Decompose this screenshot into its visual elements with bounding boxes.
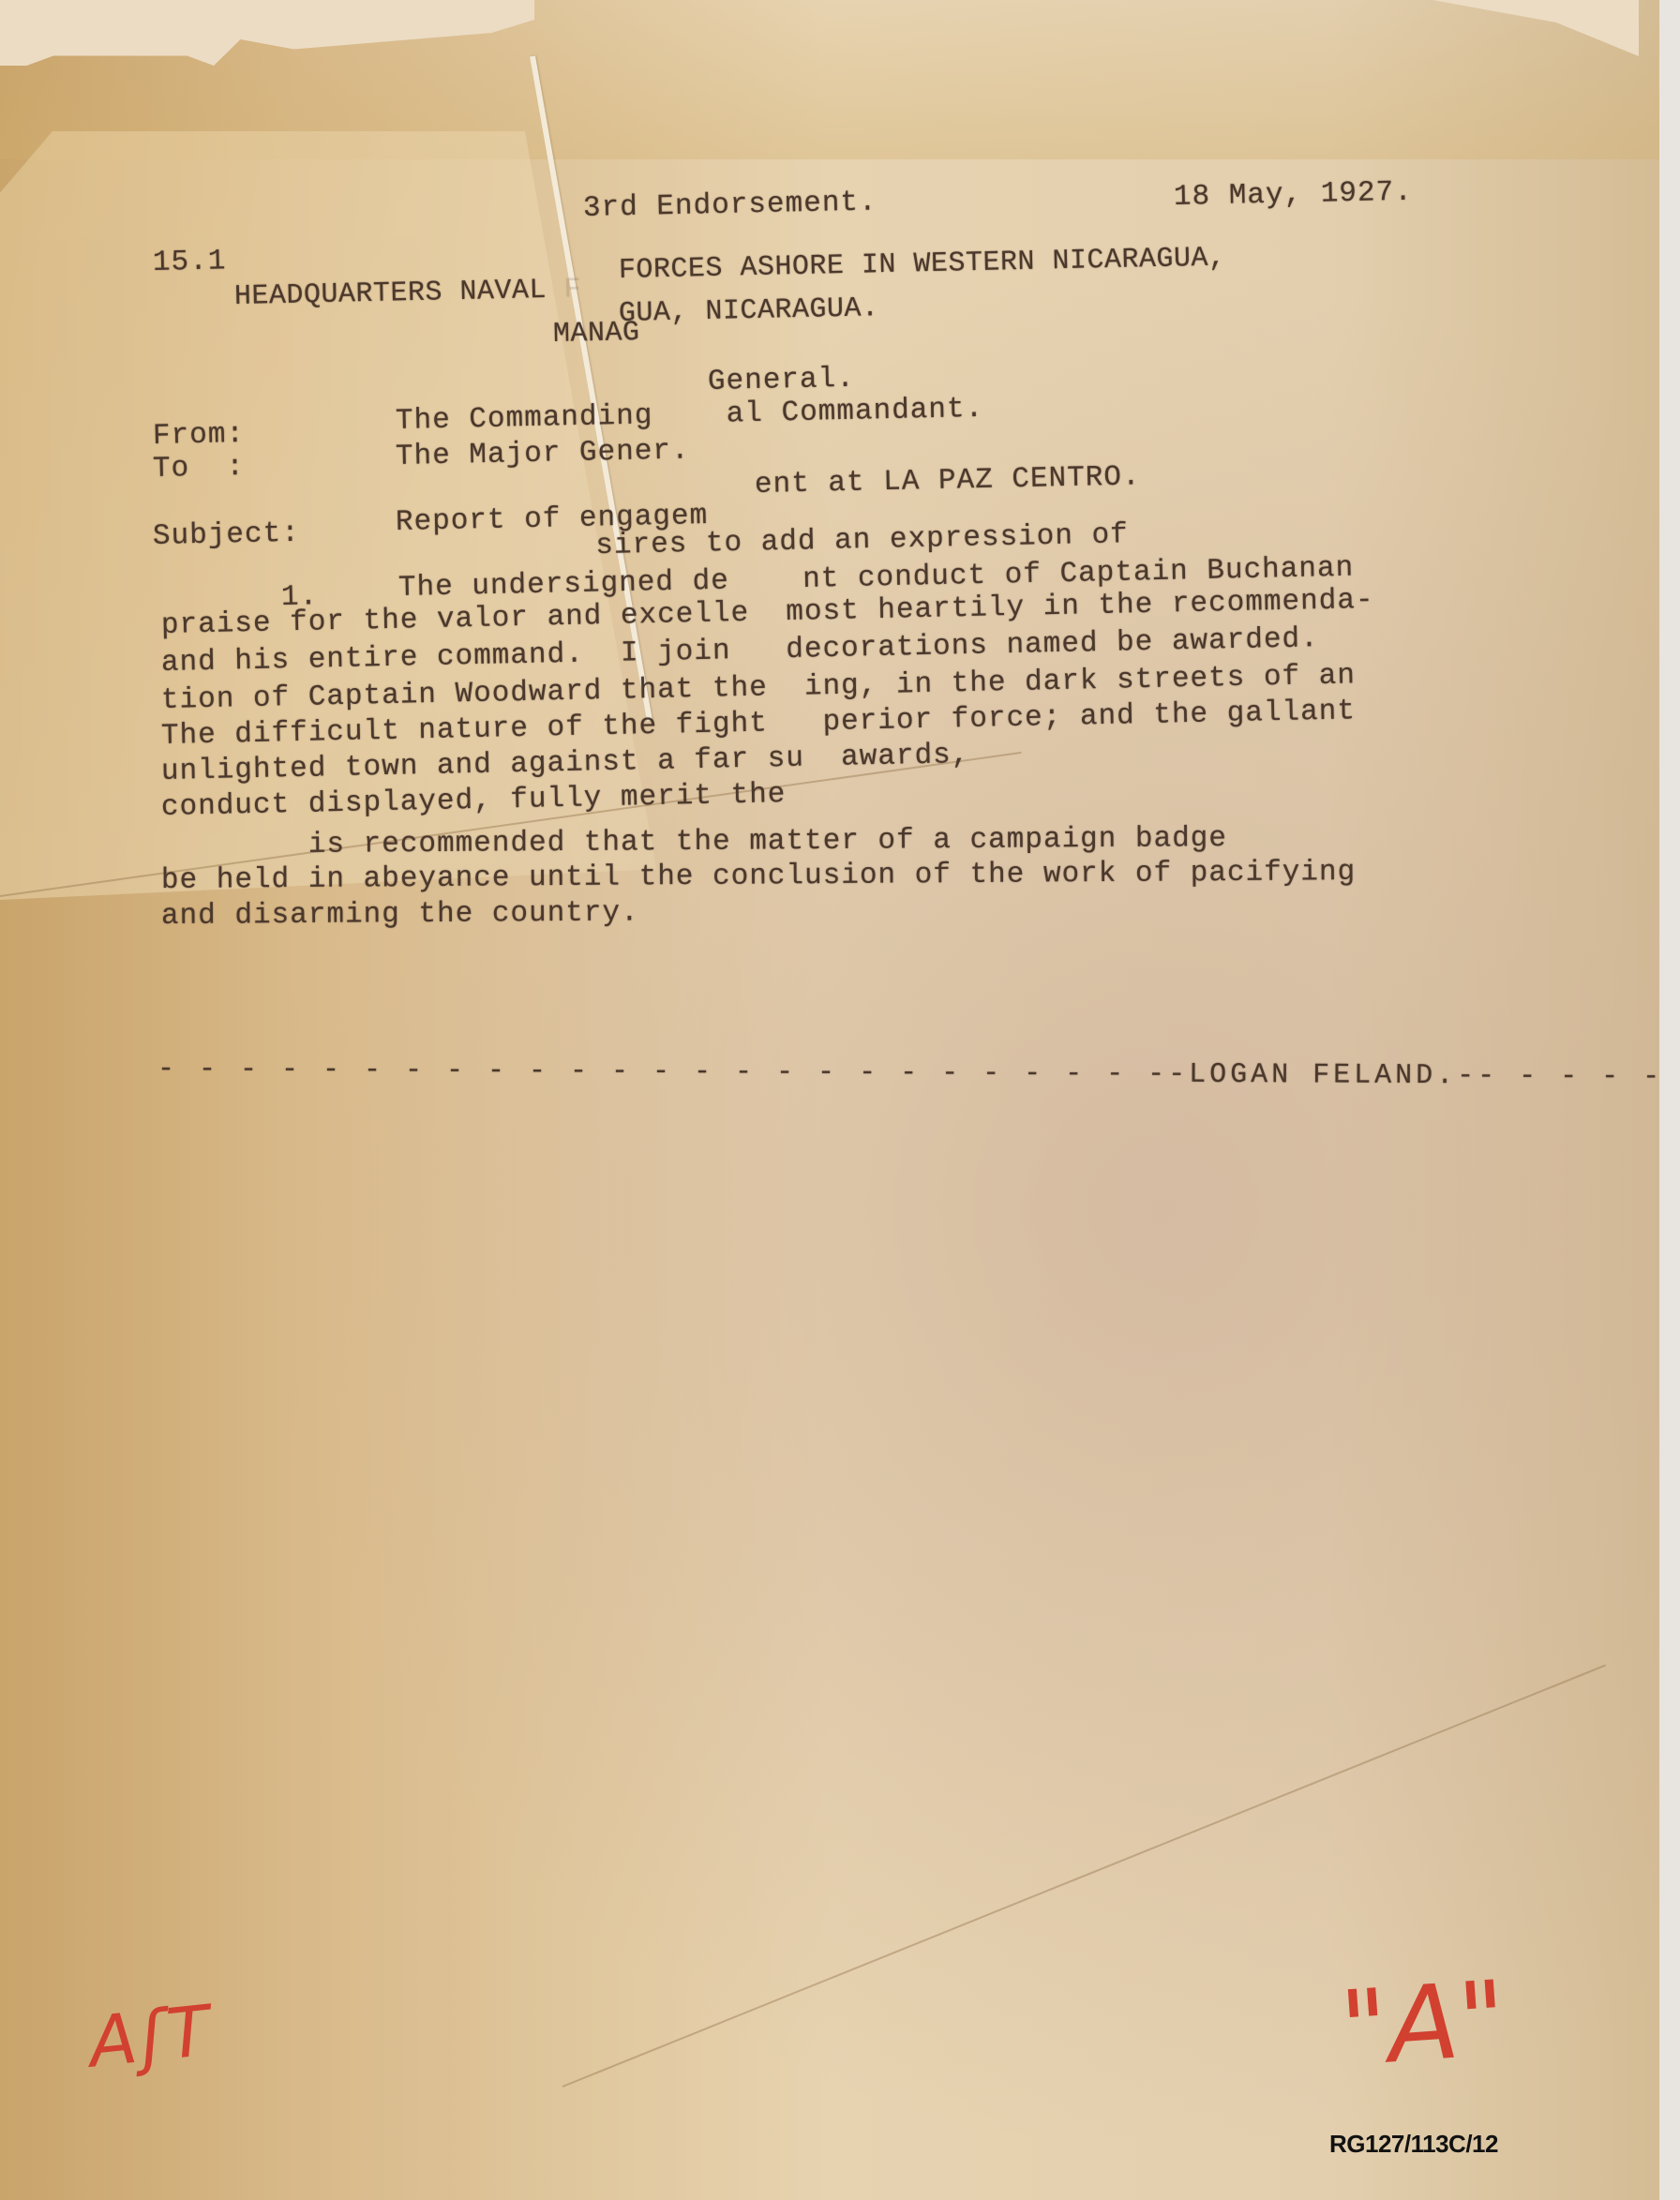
- endorsement-label: 3rd Endorsement.: [583, 186, 877, 225]
- signature-name: -LOGAN FELAND.-: [1168, 1059, 1477, 1093]
- paragraph-2-line: is recommended that the matter of a camp…: [161, 822, 1227, 862]
- organization-city-left: MANAG: [553, 317, 640, 351]
- general-fragment: General.: [708, 363, 856, 398]
- paragraph-2-line: and disarming the country.: [161, 896, 639, 933]
- file-number: 15.1: [153, 245, 227, 279]
- organization-line-right: FORCES ASHORE IN WESTERN NICARAGUA,: [619, 242, 1226, 287]
- signature-leader: - - - - - - - - - - - - - - - - - - - - …: [157, 1054, 1168, 1091]
- signature-trailer: - - - - -: [1477, 1060, 1663, 1093]
- signature-line: - - - - - - - - - - - - - - - - - - - - …: [157, 1054, 1592, 1093]
- subject-fragment: ent at LA PAZ CENTRO.: [755, 460, 1141, 501]
- document-date: 18 May, 1927.: [1174, 176, 1414, 214]
- document-page: 3rd Endorsement. 18 May, 1927. 15.1 HEAD…: [0, 0, 1659, 2200]
- handwritten-initials: AʃT: [85, 1990, 217, 2083]
- from-label: From:: [153, 418, 246, 453]
- background-edge: [1659, 0, 1680, 2200]
- organization-city: GUA, NICARAGUA.: [619, 292, 879, 330]
- to-label: To :: [153, 451, 246, 486]
- handwritten-exhibit-mark: "A": [1337, 1958, 1510, 2089]
- paragraph-2-line: be held in abeyance until the conclusion…: [161, 856, 1356, 897]
- archive-reference: RG127/113C/12: [1329, 2130, 1498, 2159]
- to-line: The Major Gener.: [396, 434, 690, 473]
